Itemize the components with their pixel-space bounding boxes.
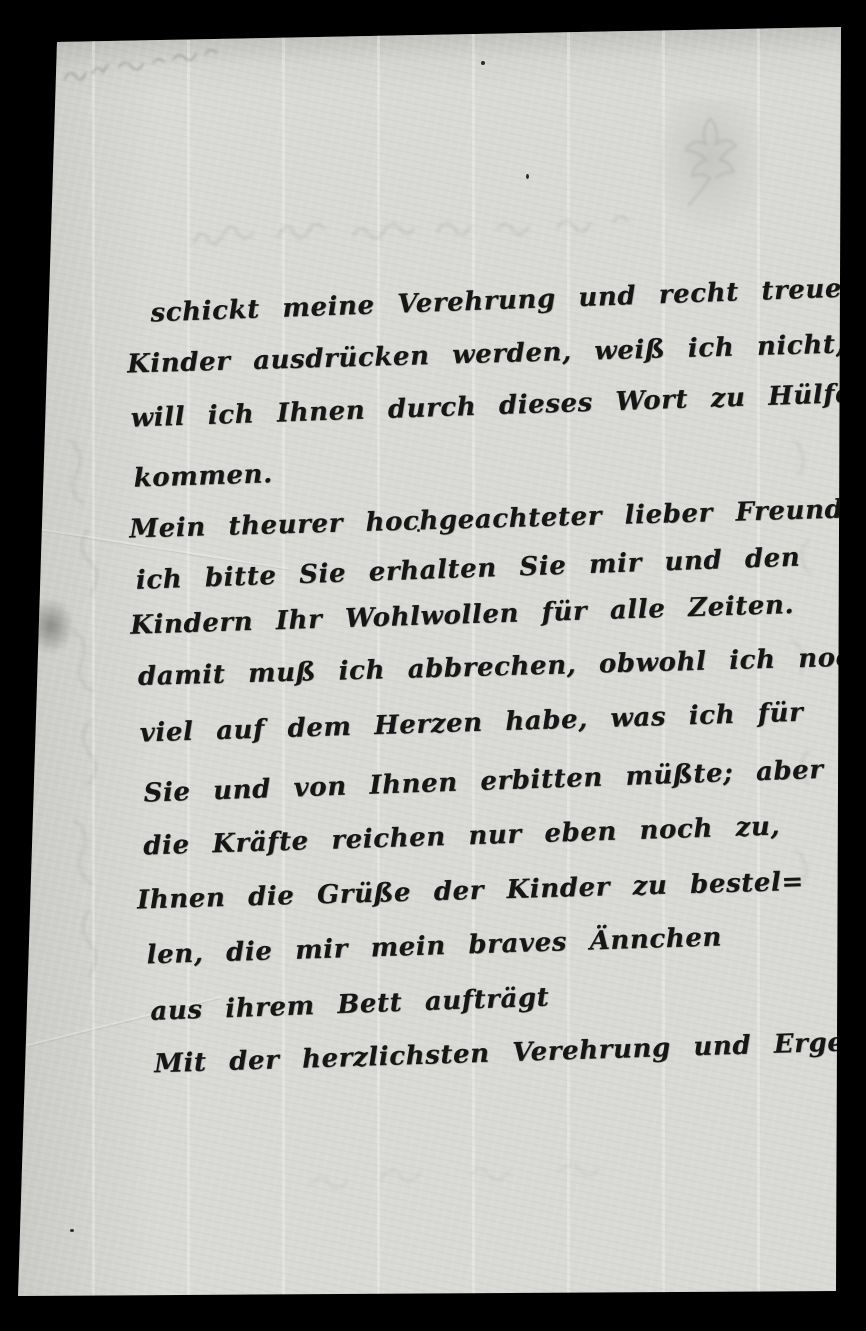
scan-background: schickt meine Verehrung und recht treue …: [0, 0, 866, 1331]
bleed-through-ghost-line: [185, 208, 665, 264]
left-margin-bleed-through: [58, 420, 118, 1020]
ink-smudge: [32, 598, 74, 654]
bottom-bleed-through: [300, 1150, 660, 1210]
embossed-seal: [655, 100, 765, 230]
dust-speck: [70, 1229, 74, 1232]
dust-speck: [481, 61, 485, 65]
letter-page: schickt meine Verehrung und recht treue …: [0, 0, 866, 1331]
dust-speck: [526, 174, 529, 179]
letter-body: schickt meine Verehrung und recht treue …: [118, 276, 859, 1103]
